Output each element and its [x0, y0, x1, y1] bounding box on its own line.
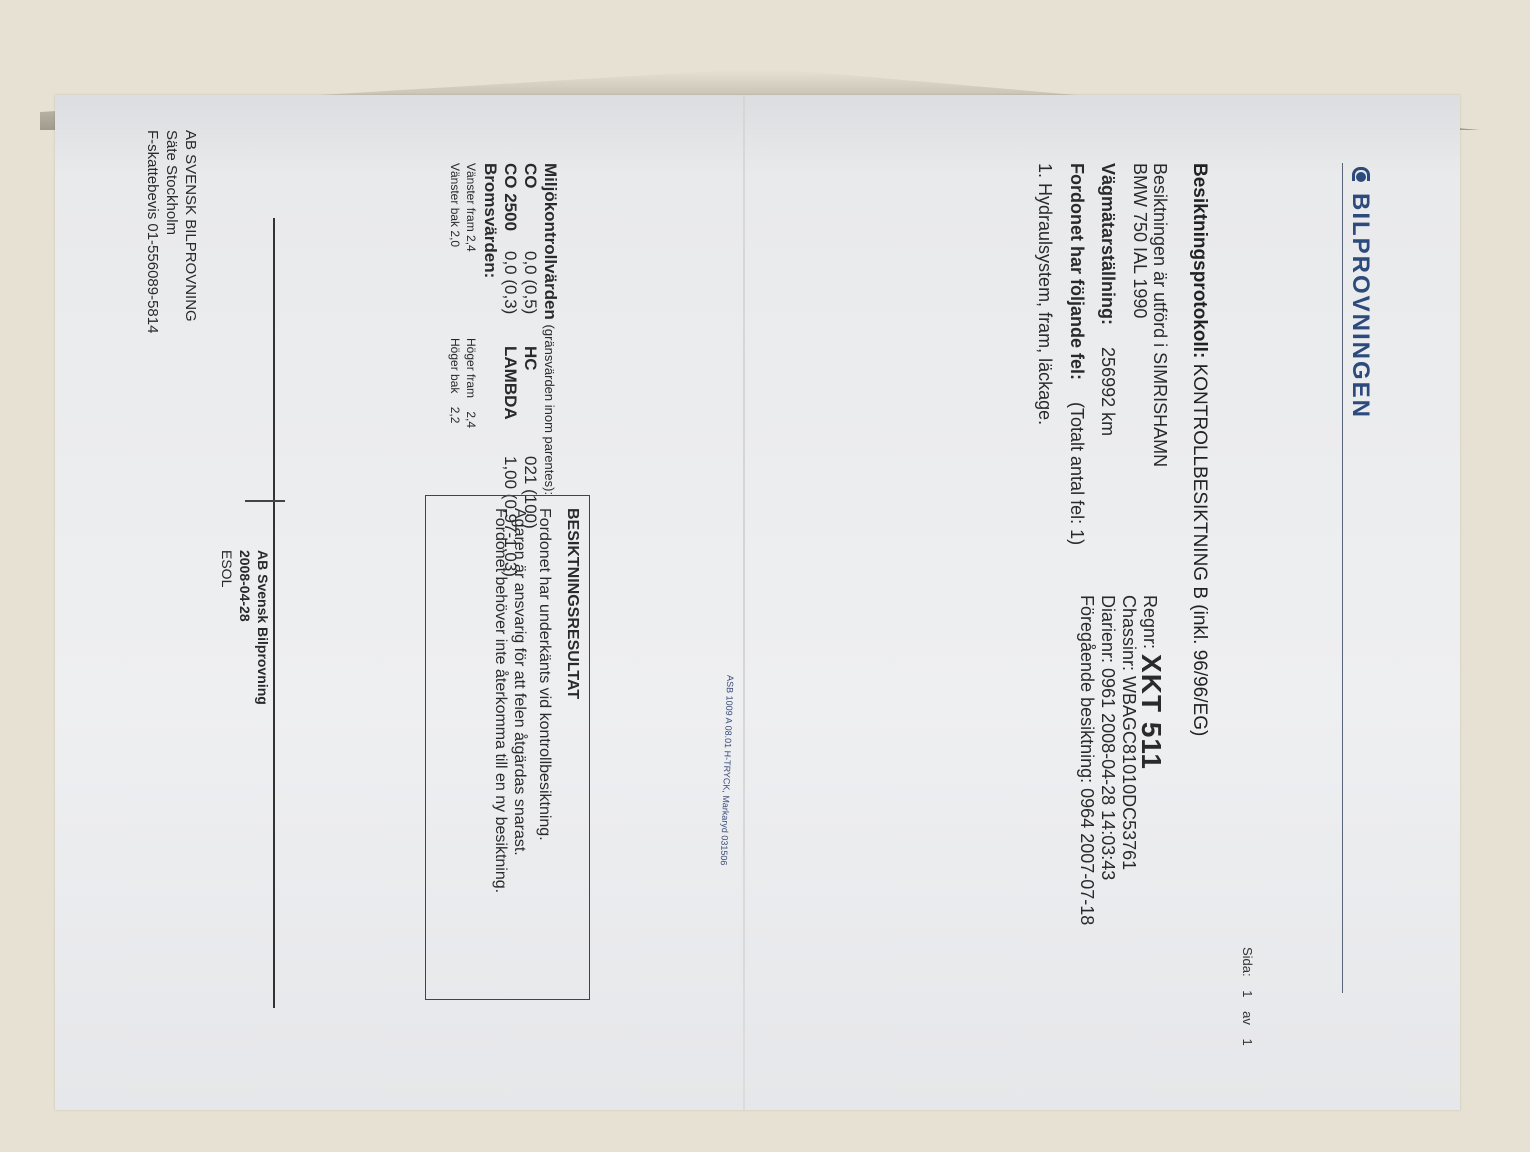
- print-code: ASB 1009 A 08.01 H-TRYCK, Markaryd 03150…: [719, 675, 736, 866]
- brand-name: BILPROVNINGEN: [1346, 193, 1374, 419]
- regnr-row: Regnr: XKT 511: [1139, 595, 1164, 925]
- inspection-result-box: BESIKTNINGSRESULTAT Fordonet har underkä…: [425, 495, 590, 1000]
- signature-date: 2008-04-28: [237, 550, 253, 622]
- result-verdict: Fordonet har underkänts vid kontrollbesi…: [535, 508, 553, 987]
- emissions-title: Miljökontrollvärden: [541, 163, 560, 320]
- emission-value: 0,0 (0,3): [500, 251, 520, 346]
- fault-text: Hydraulsystem, fram, läckage.: [1035, 183, 1055, 425]
- result-heading: BESIKTNINGSRESULTAT: [563, 508, 581, 987]
- bilprovningen-logo-icon: [1350, 167, 1370, 185]
- signature-block: AB Svensk Bilprovning 2008-04-28 ESOL: [218, 550, 272, 705]
- emission-label: HC: [520, 346, 540, 456]
- emission-value: 0,0 (0,5): [520, 251, 540, 346]
- fault-item: 1. Hydraulsystem, fram, läckage.: [1034, 163, 1055, 425]
- regnr-label: Regnr:: [1140, 595, 1160, 649]
- page-indicator: Sida: 1 av 1: [1240, 947, 1255, 1056]
- company-name: AB SVENSK BILPROVNING: [181, 130, 200, 333]
- brake-value: 2,0: [448, 230, 462, 247]
- company-tax-id: F-skattebevis 01-556089-5814: [143, 130, 162, 333]
- result-reinspection-note: Fordonet behöver inte återkomma till en …: [491, 508, 510, 987]
- protocol-title: Besiktningsprotokoll: KONTROLLBESIKTNING…: [1188, 163, 1210, 736]
- diary-label: Diarienr:: [1098, 595, 1118, 663]
- signature-company: AB Svensk Bilprovning: [255, 550, 271, 705]
- previous-inspection-row: Föregående besiktning: 0964 2007-07-18: [1076, 595, 1097, 925]
- page-total: 1: [1240, 1038, 1255, 1045]
- company-footer: AB SVENSK BILPROVNING Säte Stockholm F-s…: [143, 130, 200, 333]
- brake-value: 2,4: [464, 235, 478, 252]
- brand-logo: BILPROVNINGEN: [1346, 167, 1374, 419]
- faults-header: Fordonet har följande fel:(Totalt antal …: [1066, 163, 1087, 545]
- emissions-subtitle: (gränsvärden inom parentes):: [542, 325, 557, 496]
- paper-fold-crease: [743, 95, 745, 1110]
- diary-value: 0961 2008-04-28 14:03:43: [1098, 668, 1118, 880]
- brake-value: 2,2: [448, 407, 462, 424]
- registration-block: Regnr: XKT 511 Chassinr: WBAGC81010DC537…: [1076, 595, 1164, 925]
- regnr-value: XKT 511: [1136, 654, 1167, 770]
- header-divider: [1342, 163, 1343, 993]
- inspection-location: Besiktningen är utförd i SIMRISHAMN: [1149, 163, 1170, 467]
- result-owner-responsibility: Ägaren är ansvarig för att felen åtgärda…: [510, 508, 529, 987]
- brake-label: Vänster fram: [464, 163, 478, 232]
- page-label: Sida:: [1240, 947, 1255, 977]
- inspection-protocol-document: BILPROVNINGEN Sida: 1 av 1 Besiktningspr…: [55, 95, 1460, 1110]
- vehicle-model: BMW 750 IAL 1990: [1129, 163, 1150, 318]
- brakes-title: Bromsvärden:: [481, 163, 500, 278]
- previous-inspection-label: Föregående besiktning:: [1077, 595, 1097, 783]
- protocol-label: Besiktningsprotokoll:: [1189, 163, 1210, 358]
- previous-inspection-value: 0964 2007-07-18: [1077, 788, 1097, 925]
- page-current: 1: [1240, 990, 1255, 997]
- brake-label: Höger fram: [464, 338, 478, 398]
- footer-divider: [274, 218, 276, 1008]
- emission-label: LAMBDA: [500, 346, 520, 456]
- emission-label: CO 2500: [500, 163, 520, 251]
- odometer-row: Vägmätarställning:256992 km: [1097, 163, 1118, 436]
- brake-label: Höger bak: [448, 338, 462, 393]
- brake-value: 2,4: [464, 411, 478, 428]
- protocol-type: KONTROLLBESIKTNING B (inkl. 96/96/EG): [1189, 364, 1210, 737]
- odometer-value: 256992 km: [1098, 347, 1118, 436]
- page-of-label: av: [1240, 1011, 1255, 1025]
- fault-number: 1.: [1035, 163, 1055, 178]
- brake-label: Vänster bak: [448, 163, 462, 227]
- faults-total: (Totalt antal fel: 1): [1067, 402, 1087, 545]
- signature-box-edge: [245, 500, 285, 502]
- diary-row: Diarienr: 0961 2008-04-28 14:03:43: [1097, 595, 1118, 925]
- odometer-label: Vägmätarställning:: [1098, 163, 1118, 325]
- emission-label: CO: [520, 163, 540, 251]
- signature-initials: ESOL: [218, 550, 236, 705]
- company-seat: Säte Stockholm: [162, 130, 181, 333]
- faults-label: Fordonet har följande fel:: [1067, 163, 1087, 380]
